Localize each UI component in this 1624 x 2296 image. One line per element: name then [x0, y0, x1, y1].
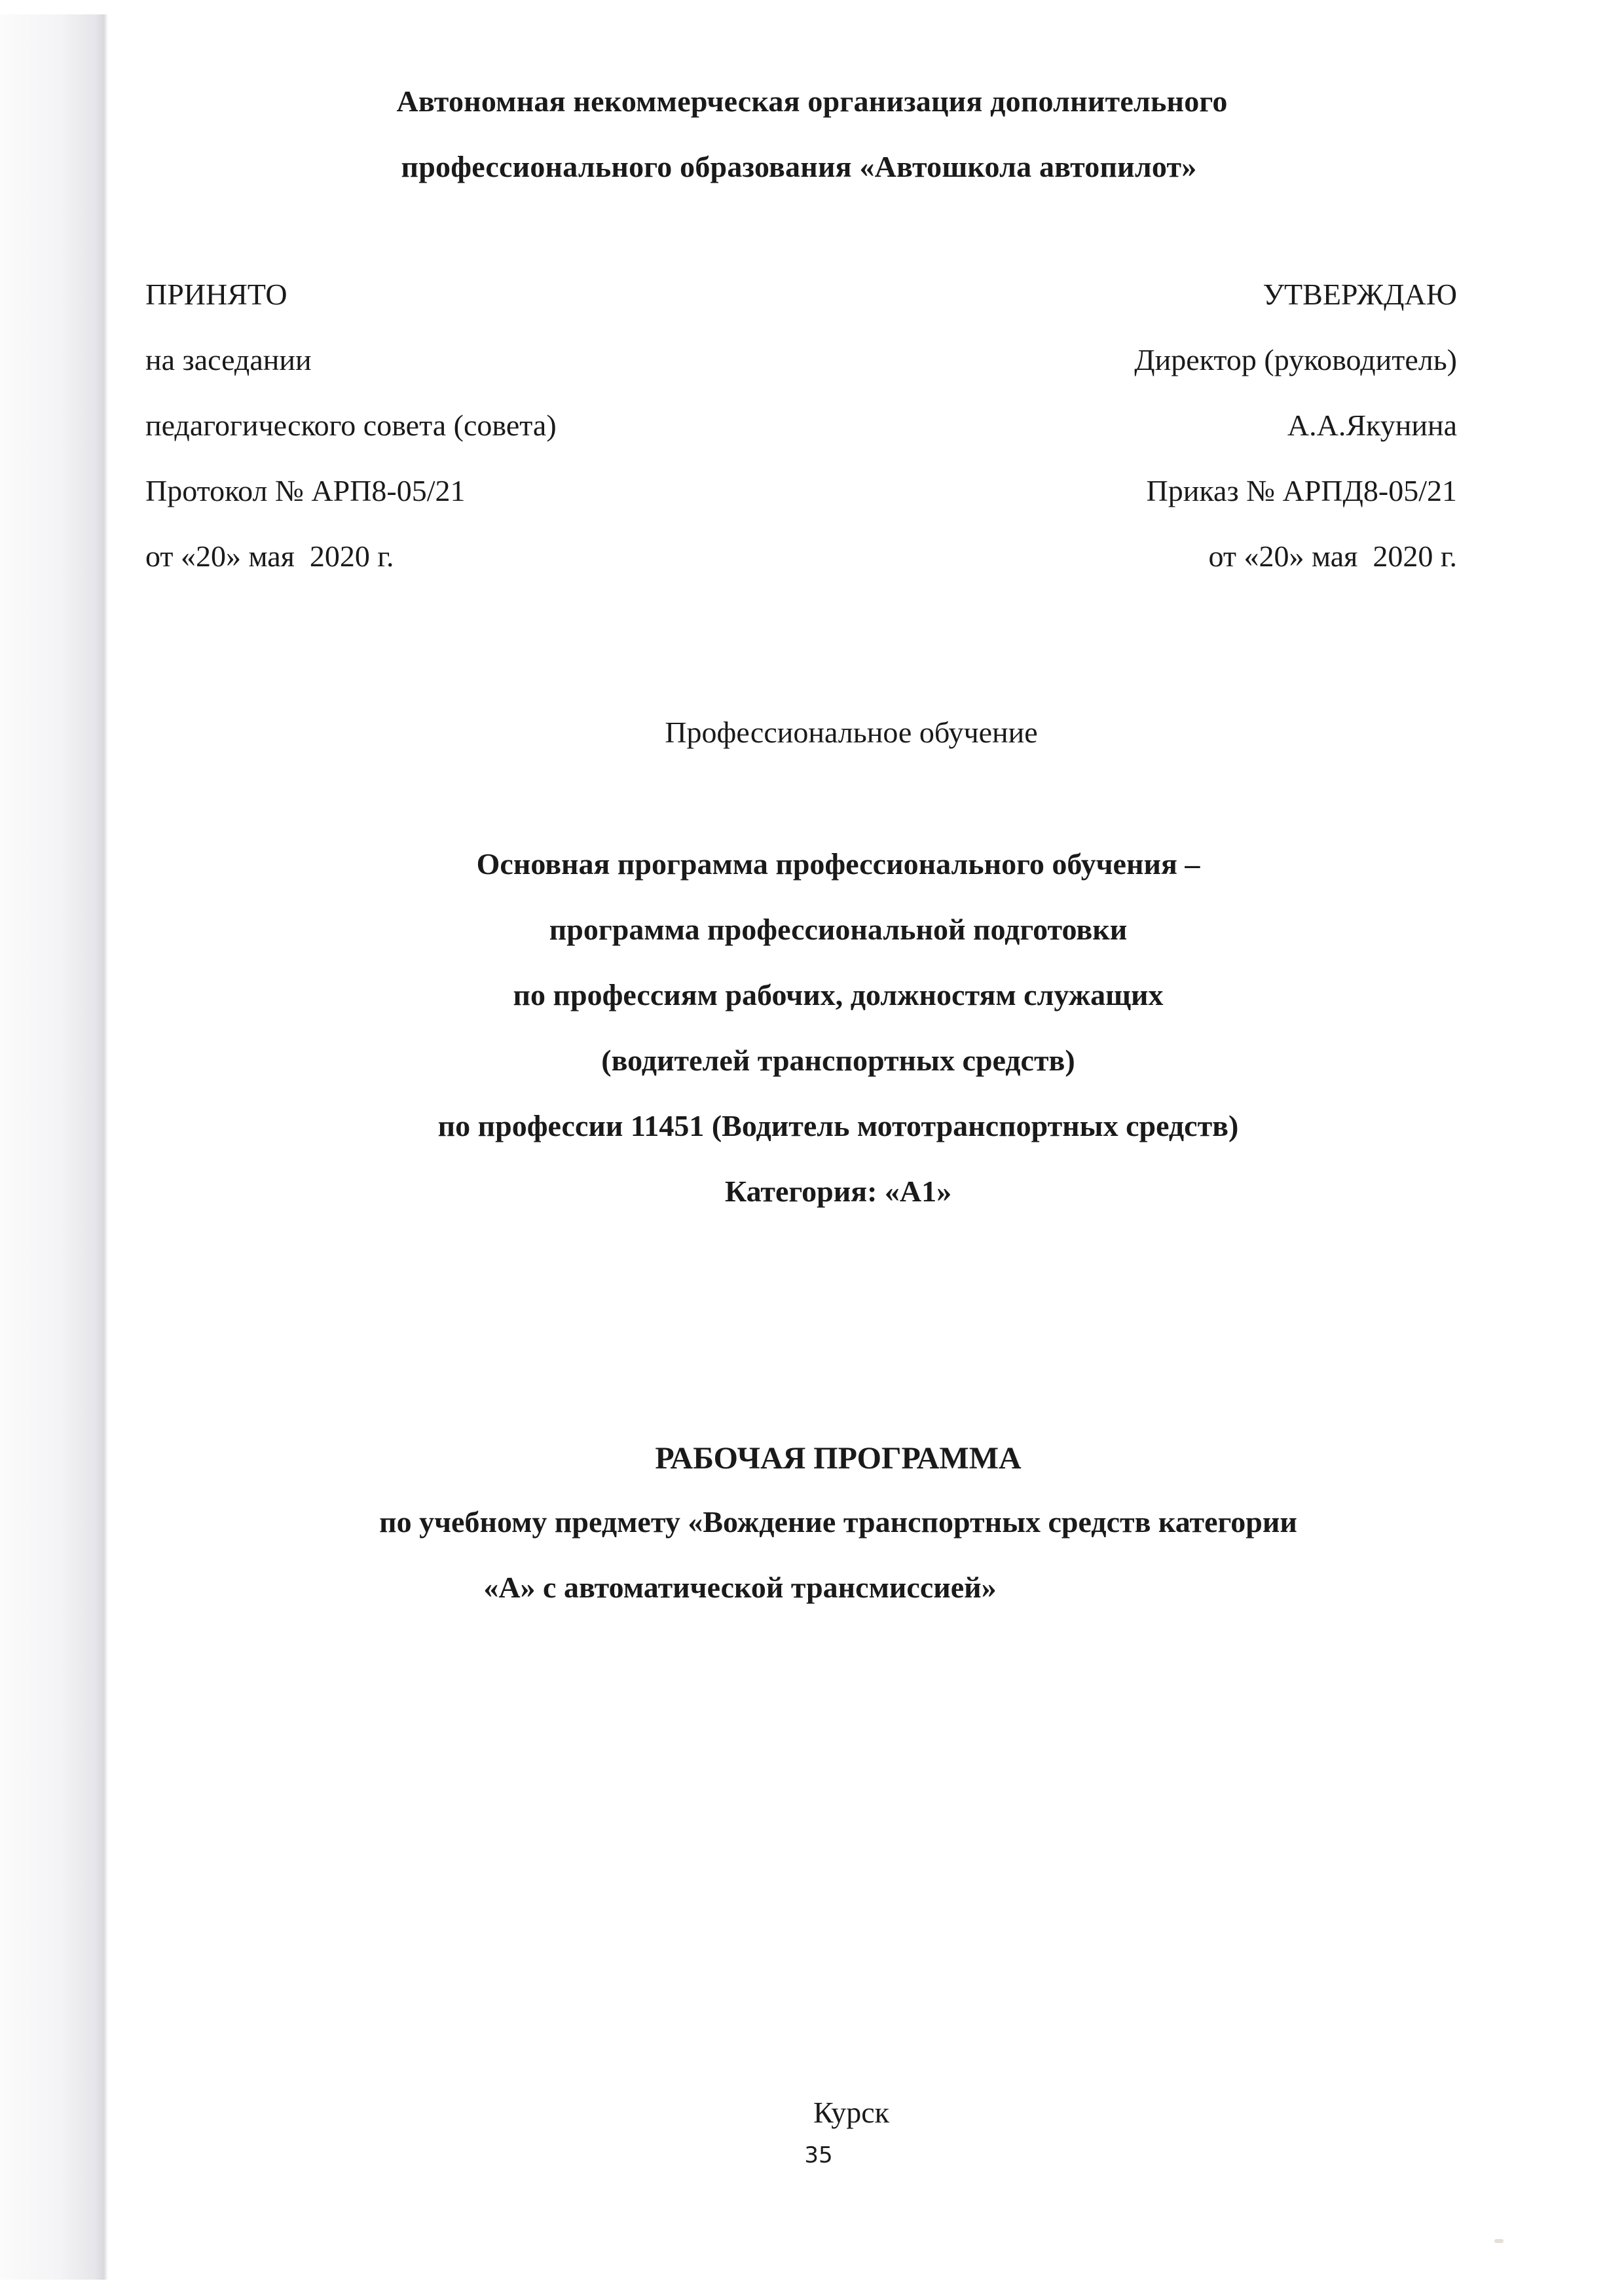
- accepted-line-date: от «20» мая 2020 г.: [145, 524, 557, 589]
- work-program-subject-line-2: «А» с автоматической трансмиссией»: [52, 1555, 1624, 1620]
- approved-line-order: Приказ № АРПД8-05/21: [1134, 458, 1457, 524]
- education-type: Профессиональное обучение: [0, 715, 1624, 750]
- accepted-line-protocol: Протокол № АРП8-05/21: [145, 458, 557, 524]
- program-category: Категория: «А1»: [52, 1159, 1624, 1224]
- scan-speck: [1494, 2239, 1504, 2243]
- work-program-subject-line-1: по учебному предмету «Вождение транспорт…: [52, 1489, 1624, 1555]
- program-line-3: по профессиям рабочих, должностям служащ…: [52, 962, 1624, 1028]
- accepted-block: ПРИНЯТО на заседании педагогического сов…: [145, 262, 557, 589]
- approved-line-name: А.А.Якунина: [1134, 393, 1457, 458]
- organization-name-line-1: Автономная некоммерческая организация до…: [0, 86, 1624, 117]
- approved-block: УТВЕРЖДАЮ Директор (руководитель) А.А.Як…: [1134, 262, 1457, 589]
- program-line-2: программа профессиональной подготовки: [52, 897, 1624, 962]
- organization-name-line-2: профессионального образования «Автошкола…: [0, 152, 1624, 182]
- approved-heading: УТВЕРЖДАЮ: [1134, 262, 1457, 327]
- work-program-subject: по учебному предмету «Вождение транспорт…: [0, 1489, 1624, 1620]
- program-description: Основная программа профессионального обу…: [0, 831, 1624, 1224]
- program-line-4: (водителей транспортных средств): [52, 1028, 1624, 1093]
- program-line-5: по профессии 11451 (Водитель мототранспо…: [52, 1093, 1624, 1159]
- city: Курск: [0, 2095, 1624, 2130]
- page-number: 35: [0, 2142, 1624, 2168]
- approved-line-position: Директор (руководитель): [1134, 327, 1457, 393]
- accepted-heading: ПРИНЯТО: [145, 262, 557, 327]
- accepted-line-meeting: на заседании: [145, 327, 557, 393]
- page-top-margin: [0, 0, 108, 14]
- accepted-line-council: педагогического совета (совета): [145, 393, 557, 458]
- approved-line-date: от «20» мая 2020 г.: [1134, 524, 1457, 589]
- program-line-1: Основная программа профессионального обу…: [52, 831, 1624, 897]
- work-program-title: РАБОЧАЯ ПРОГРАММА: [0, 1440, 1624, 1476]
